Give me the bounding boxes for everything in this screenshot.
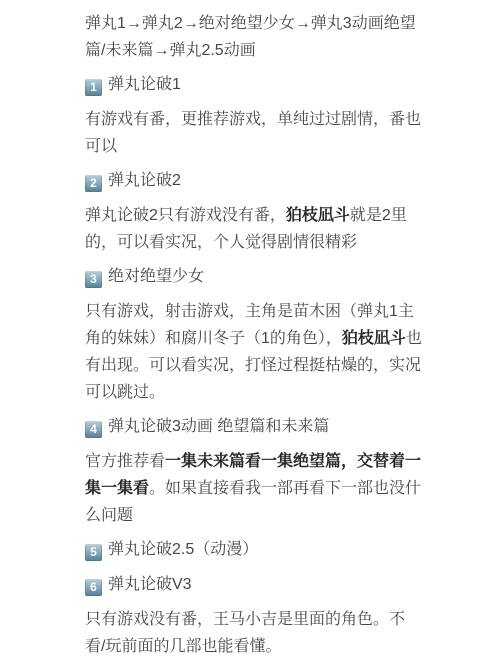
section-2-bold-text: 狛枝凪斗	[286, 207, 350, 224]
section-1-number-badge: 1	[85, 79, 102, 96]
section-1-paragraph: 有游戏有番，更推荐游戏，单纯过过剧情，番也可以	[85, 106, 423, 160]
section-4-number-badge: 4	[85, 421, 102, 438]
section-6-paragraph: 只有游戏没有番，王马小吉是里面的角色。不看/玩前面的几部也能看懂。	[85, 606, 423, 660]
section-2-title: 弹丸论破2	[108, 172, 181, 189]
section-1-text: 有游戏有番，更推荐游戏，单纯过过剧情，番也可以	[85, 111, 421, 155]
viewing-order-paragraph: 弹丸1→弹丸2→绝对绝望少女→弹丸3动画绝望篇/未来篇→弹丸2.5动画	[85, 10, 423, 64]
section-5-heading: 5弹丸论破2.5（动漫）	[85, 536, 423, 563]
section-3-heading: 3绝对绝望少女	[85, 263, 423, 290]
section-3-title: 绝对绝望少女	[108, 268, 204, 285]
section-2-text: 弹丸论破2只有游戏没有番，	[85, 207, 286, 224]
section-4-heading: 4弹丸论破3动画 绝望篇和未来篇	[85, 413, 423, 440]
section-3-number-badge: 3	[85, 271, 102, 288]
section-1-title: 弹丸论破1	[108, 76, 181, 93]
section-4-text: 官方推荐看	[85, 453, 165, 470]
section-4-title: 弹丸论破3动画 绝望篇和未来篇	[108, 418, 329, 435]
section-6-text: 只有游戏没有番，王马小吉是里面的角色。不看/玩前面的几部也能看懂。	[85, 611, 405, 655]
section-6-number-badge: 6	[85, 579, 102, 596]
section-6-title: 弹丸论破V3	[108, 576, 192, 593]
section-1-heading: 1弹丸论破1	[85, 71, 423, 98]
section-6-heading: 6弹丸论破V3	[85, 571, 423, 598]
section-3-paragraph: 只有游戏，射击游戏，主角是苗木困（弹丸1主角的妹妹）和腐川冬子（1的角色），狛枝…	[85, 298, 423, 406]
section-2-paragraph: 弹丸论破2只有游戏没有番，狛枝凪斗就是2里的，可以看实况，个人觉得剧情很精彩	[85, 202, 423, 256]
article-body: 弹丸1→弹丸2→绝对绝望少女→弹丸3动画绝望篇/未来篇→弹丸2.5动画 1弹丸论…	[0, 0, 500, 660]
section-2-heading: 2弹丸论破2	[85, 167, 423, 194]
section-2-number-badge: 2	[85, 175, 102, 192]
section-3-bold-text: 狛枝凪斗	[342, 330, 406, 347]
section-5-title: 弹丸论破2.5（动漫）	[108, 541, 258, 558]
section-4-paragraph: 官方推荐看一集未来篇看一集绝望篇，交替着一集一集看。如果直接看我一部再看下一部也…	[85, 448, 423, 529]
section-5-number-badge: 5	[85, 544, 102, 561]
